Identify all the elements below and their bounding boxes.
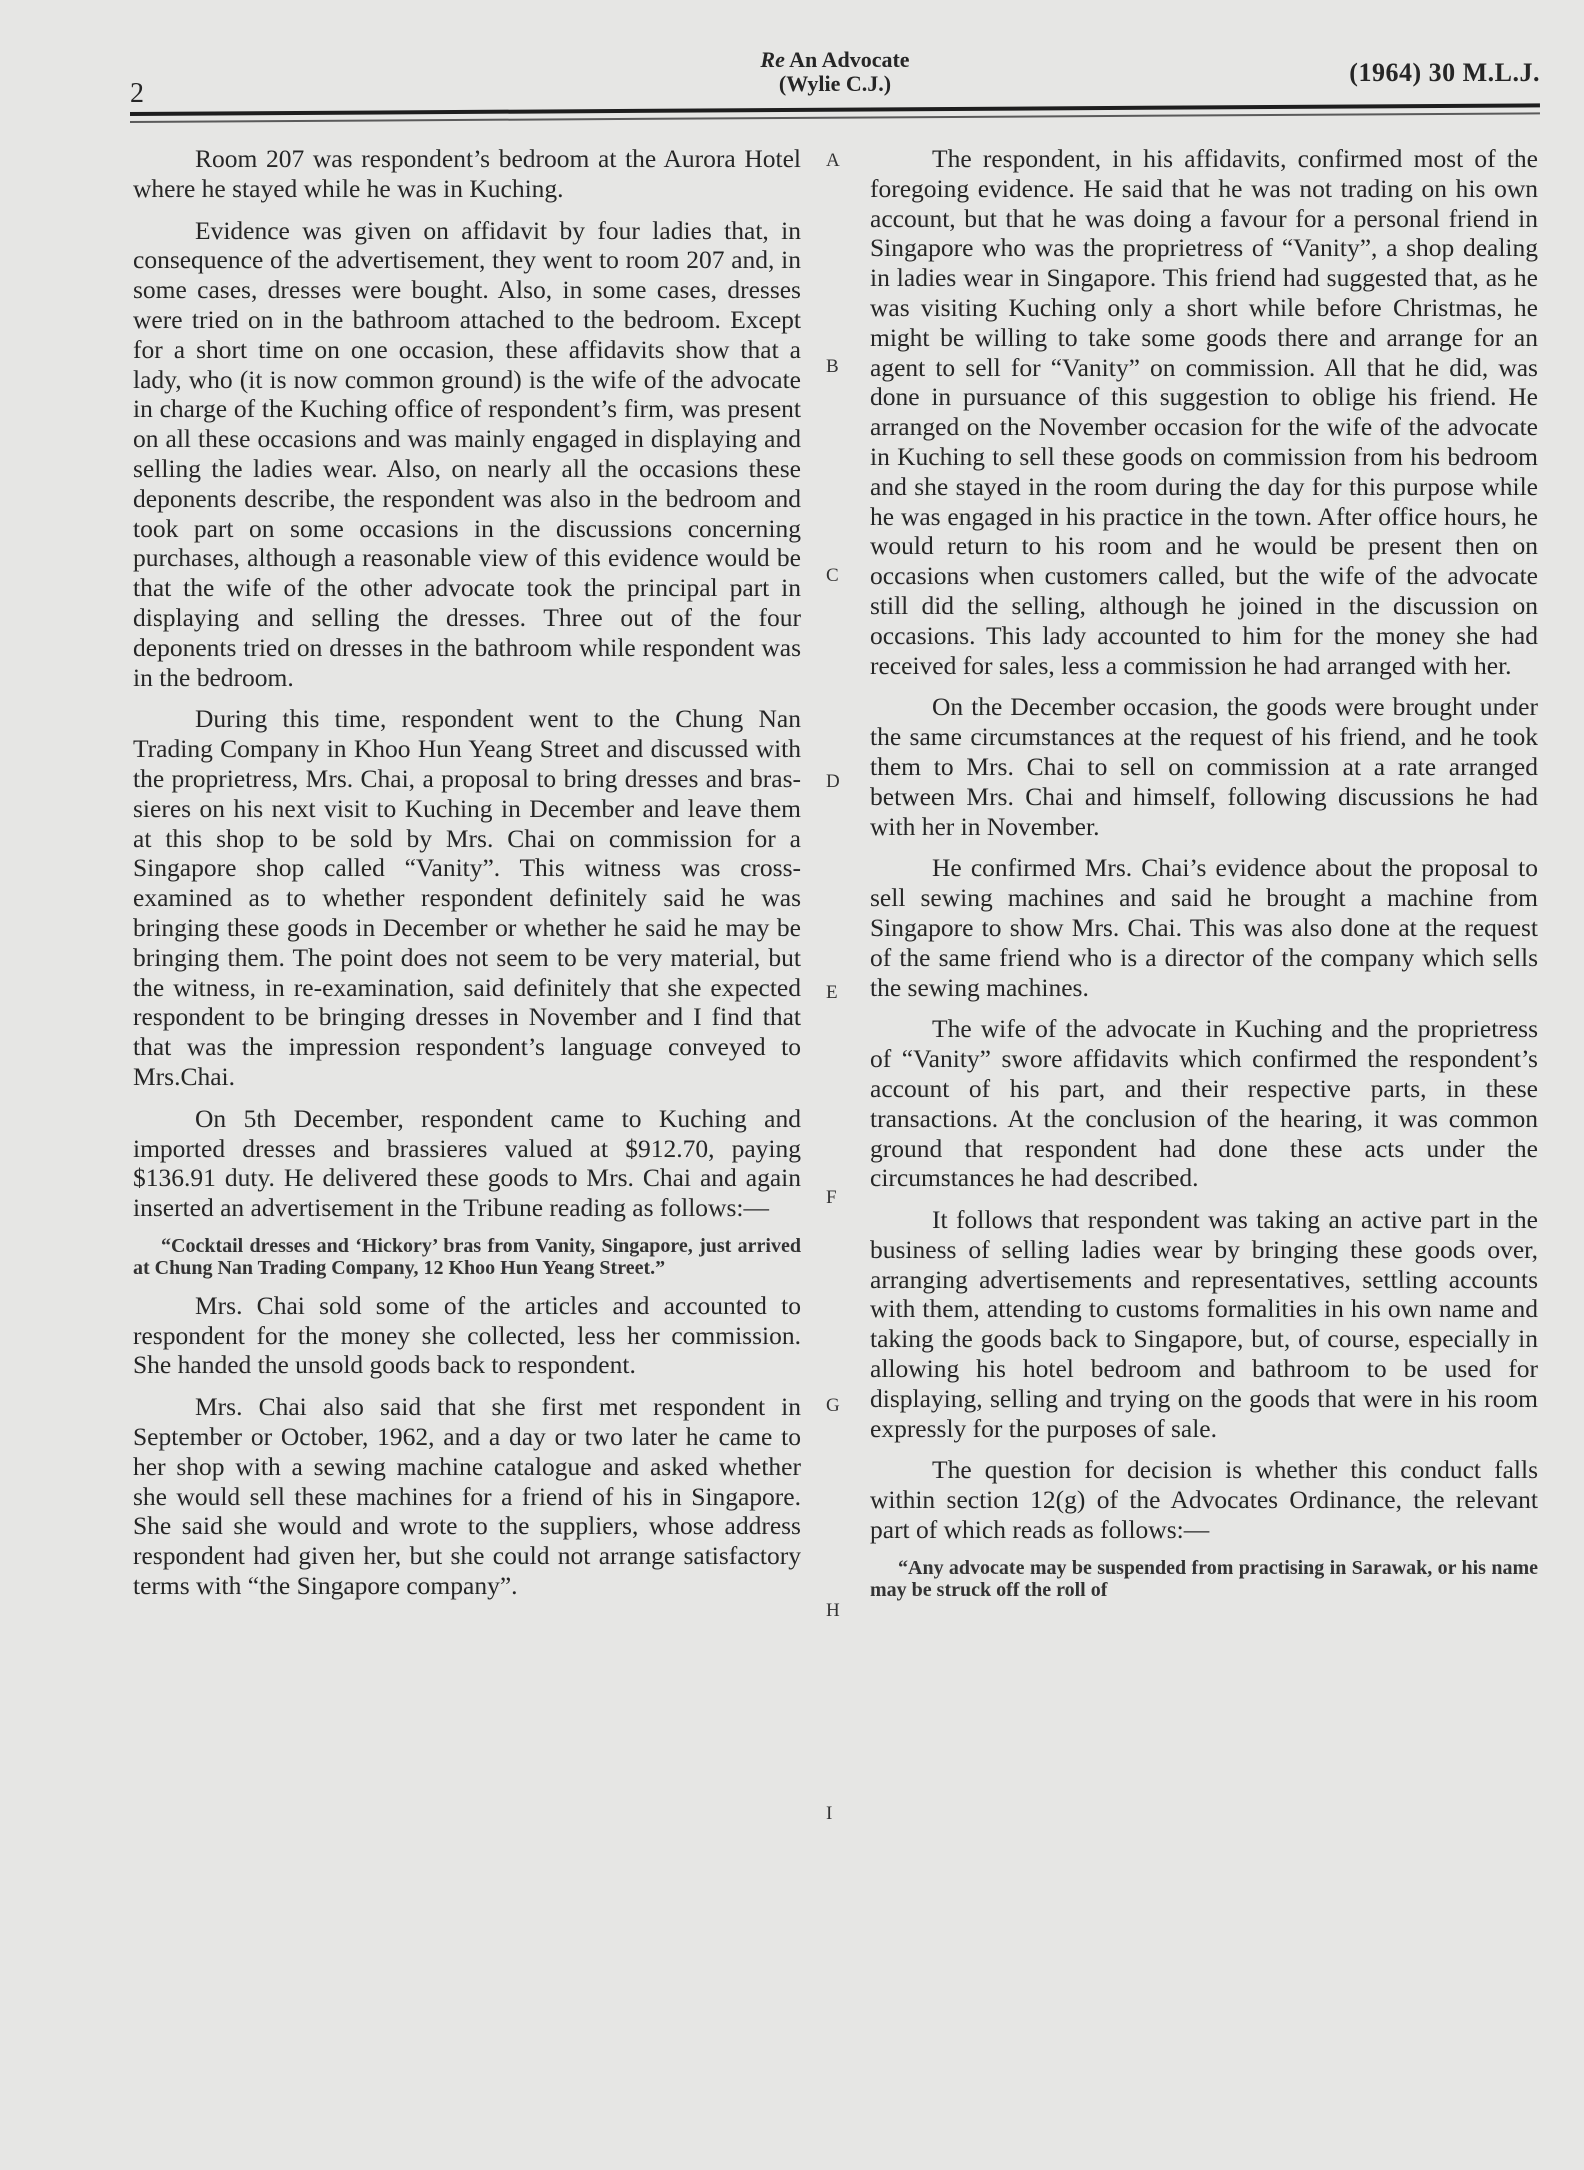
margin-letter-f: F (826, 1187, 837, 1209)
paragraph: On the December occasion, the goods were… (870, 692, 1538, 841)
paragraph: Room 207 was respondent’s bedroom at the… (133, 144, 801, 204)
advertisement-quote: “Cocktail dresses and ‘Hickory’ bras fro… (133, 1235, 801, 1279)
paragraph: During this time, respondent went to the… (133, 704, 801, 1091)
paragraph: Mrs. Chai sold some of the articles and … (133, 1291, 801, 1380)
paragraph: Mrs. Chai also said that she first met r… (133, 1392, 801, 1601)
margin-letter-e: E (826, 982, 838, 1004)
case-title: Re An Advocate (130, 48, 1540, 72)
paragraph: The question for decision is whether thi… (870, 1455, 1538, 1544)
ordinance-quote: “Any advocate may be suspended from prac… (870, 1557, 1538, 1601)
paragraph: On 5th December, respondent came to Kuch… (133, 1104, 801, 1223)
margin-letter-i: I (826, 1803, 832, 1825)
document-page: 2 Re An Advocate (Wylie C.J.) (1964) 30 … (0, 0, 1584, 2170)
margin-letter-g: G (826, 1395, 840, 1417)
margin-letter-c: C (826, 565, 839, 587)
paragraph: He confirmed Mrs. Chai’s evidence about … (870, 853, 1538, 1002)
paragraph: The wife of the advocate in Kuching and … (870, 1014, 1538, 1193)
case-title-re: Re (760, 47, 784, 72)
journal-citation: (1964) 30 M.L.J. (1349, 58, 1540, 88)
margin-letter-h: H (826, 1600, 840, 1622)
paragraph: It follows that respondent was taking an… (870, 1205, 1538, 1443)
margin-letter-d: D (826, 771, 840, 793)
paragraph: The respondent, in his affidavits, confi… (870, 144, 1538, 680)
case-title-rest: An Advocate (785, 47, 910, 72)
left-column: Room 207 was respondent’s bedroom at the… (133, 144, 801, 1613)
running-title: Re An Advocate (Wylie C.J.) (130, 48, 1540, 96)
paragraph: Evidence was given on affidavit by four … (133, 216, 801, 693)
right-column: The respondent, in his affidavits, confi… (870, 144, 1538, 1613)
margin-letter-a: A (826, 150, 840, 172)
judge-name: (Wylie C.J.) (130, 72, 1540, 96)
margin-letter-b: B (826, 356, 839, 378)
